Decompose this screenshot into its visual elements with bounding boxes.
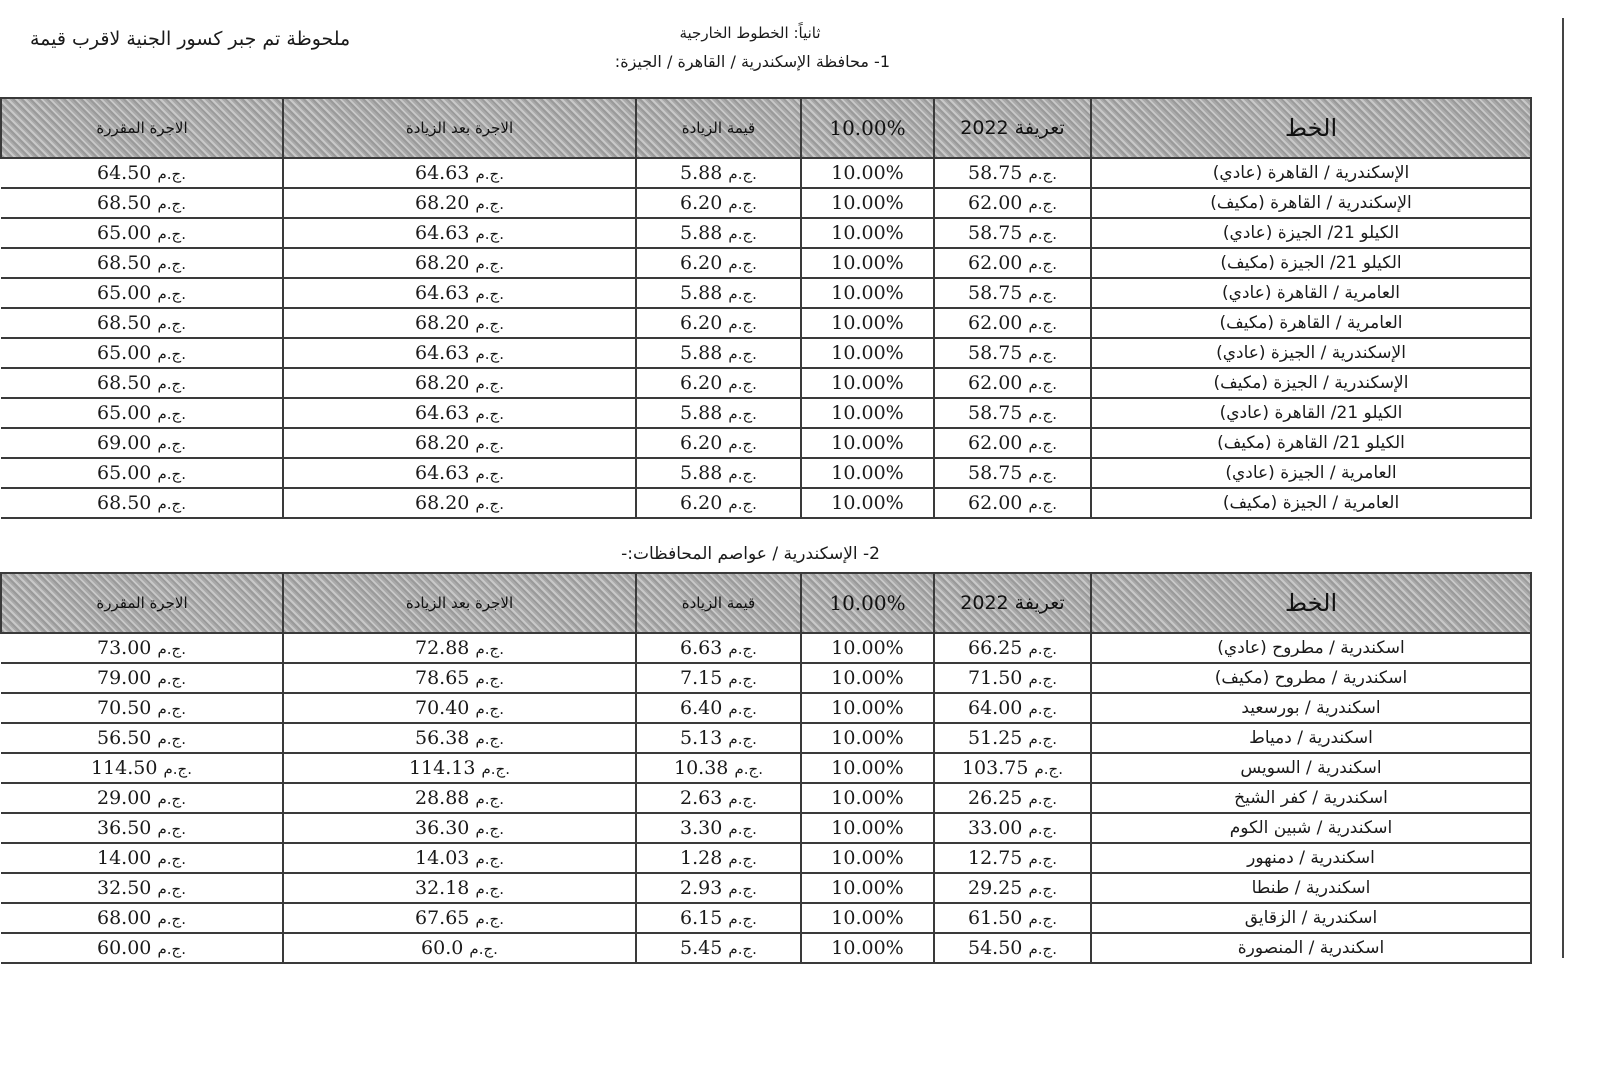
- fixed-fare-cell: 68.50 ج.م.: [1, 248, 283, 278]
- fare-after-cell: 28.88 ج.م.: [283, 783, 636, 813]
- col-route: الخط: [1091, 98, 1531, 158]
- currency-label: ج.م.: [728, 375, 757, 393]
- currency-label: ج.م.: [1028, 495, 1057, 513]
- increase-cell-value: 6.20: [680, 492, 722, 514]
- fixed-fare-cell: 68.50 ج.م.: [1, 308, 283, 338]
- fixed-fare-cell-value: 64.50: [97, 162, 151, 184]
- col-fare-after: الاجرة بعد الزيادة: [283, 573, 636, 633]
- table-row: 64.50 ج.م.64.63 ج.م.5.88 ج.م.10.00%58.75…: [1, 158, 1531, 188]
- currency-label: ج.م.: [164, 760, 193, 778]
- route-cell-value: العامرية / القاهرة (عادي): [1222, 283, 1400, 303]
- fixed-fare-cell-value: 29.00: [97, 787, 151, 809]
- pct-cell-value: 10.00%: [831, 727, 903, 749]
- fixed-fare-cell-value: 65.00: [97, 462, 151, 484]
- currency-label: ج.م.: [475, 165, 504, 183]
- pct-cell-value: 10.00%: [831, 847, 903, 869]
- pct-cell: 10.00%: [801, 368, 934, 398]
- currency-label: ج.م.: [1028, 405, 1057, 423]
- table-row: 70.50 ج.م.70.40 ج.م.6.40 ج.م.10.00%64.00…: [1, 693, 1531, 723]
- fixed-fare-cell: 60.00 ج.م.: [1, 933, 283, 963]
- fixed-fare-cell-value: 65.00: [97, 402, 151, 424]
- fare-after-cell-value: 64.63: [415, 462, 469, 484]
- increase-cell-value: 5.88: [680, 342, 722, 364]
- pct-cell-value: 10.00%: [831, 462, 903, 484]
- fixed-fare-cell: 29.00 ج.م.: [1, 783, 283, 813]
- fixed-fare-cell: 73.00 ج.م.: [1, 633, 283, 663]
- increase-cell-value: 6.20: [680, 432, 722, 454]
- tariff-cell-value: 58.75: [968, 282, 1022, 304]
- currency-label: ج.م.: [728, 910, 757, 928]
- pct-cell: 10.00%: [801, 248, 934, 278]
- fixed-fare-cell: 79.00 ج.م.: [1, 663, 283, 693]
- tariff-cell: 61.50 ج.م.: [934, 903, 1091, 933]
- fare-after-cell-value: 64.63: [415, 162, 469, 184]
- tariff-cell: 66.25 ج.م.: [934, 633, 1091, 663]
- fixed-fare-cell: 114.50 ج.م.: [1, 753, 283, 783]
- fixed-fare-cell-value: 70.50: [97, 697, 151, 719]
- fixed-fare-cell-value: 68.50: [97, 312, 151, 334]
- route-cell: العامرية / الجيزة (مكيف): [1091, 488, 1531, 518]
- increase-cell: 6.20 ج.م.: [636, 188, 801, 218]
- increase-cell-value: 6.40: [680, 697, 722, 719]
- currency-label: ج.م.: [728, 405, 757, 423]
- pct-cell-value: 10.00%: [831, 492, 903, 514]
- fare-after-cell: 68.20 ج.م.: [283, 368, 636, 398]
- route-cell: اسكندرية / مطروح (مكيف): [1091, 663, 1531, 693]
- route-cell-value: الكيلو 21/ القاهرة (عادي): [1220, 403, 1403, 423]
- fare-after-cell-value: 78.65: [415, 667, 469, 689]
- route-cell-value: اسكندرية / كفر الشيخ: [1234, 788, 1388, 808]
- currency-label: ج.م.: [157, 375, 186, 393]
- currency-label: ج.م.: [728, 165, 757, 183]
- tariff-cell: 62.00 ج.م.: [934, 308, 1091, 338]
- currency-label: ج.م.: [157, 285, 186, 303]
- pct-cell: 10.00%: [801, 723, 934, 753]
- col-increase: قيمة الزيادة: [636, 573, 801, 633]
- tariff-cell-value: 26.25: [968, 787, 1022, 809]
- currency-label: ج.م.: [157, 730, 186, 748]
- increase-cell-value: 6.20: [680, 312, 722, 334]
- pct-cell-value: 10.00%: [831, 372, 903, 394]
- increase-cell-value: 2.63: [680, 787, 722, 809]
- increase-cell: 6.40 ج.م.: [636, 693, 801, 723]
- pct-cell-value: 10.00%: [831, 342, 903, 364]
- tariff-cell-value: 58.75: [968, 402, 1022, 424]
- fare-after-cell-value: 36.30: [415, 817, 469, 839]
- currency-label: ج.م.: [728, 285, 757, 303]
- currency-label: ج.م.: [157, 165, 186, 183]
- currency-label: ج.م.: [475, 285, 504, 303]
- increase-cell-value: 7.15: [680, 667, 722, 689]
- route-cell-value: الكيلو 21/ الجيزة (عادي): [1223, 223, 1399, 243]
- route-cell: اسكندرية / شبين الكوم: [1091, 813, 1531, 843]
- currency-label: ج.م.: [728, 465, 757, 483]
- pct-cell: 10.00%: [801, 873, 934, 903]
- currency-label: ج.م.: [1028, 790, 1057, 808]
- tariff-cell-value: 103.75: [962, 757, 1028, 779]
- fixed-fare-cell: 70.50 ج.م.: [1, 693, 283, 723]
- tariff-cell-value: 54.50: [968, 937, 1022, 959]
- fixed-fare-cell: 65.00 ج.م.: [1, 278, 283, 308]
- currency-label: ج.م.: [157, 700, 186, 718]
- pct-cell-value: 10.00%: [831, 282, 903, 304]
- pct-cell-value: 10.00%: [831, 937, 903, 959]
- route-cell: الإسكندرية / القاهرة (مكيف): [1091, 188, 1531, 218]
- fare-after-cell: 68.20 ج.م.: [283, 428, 636, 458]
- fixed-fare-cell: 68.50 ج.م.: [1, 368, 283, 398]
- increase-cell-value: 1.28: [680, 847, 722, 869]
- increase-cell-value: 5.45: [680, 937, 722, 959]
- page-border: [1562, 18, 1564, 958]
- table-row: 56.50 ج.م.56.38 ج.م.5.13 ج.م.10.00%51.25…: [1, 723, 1531, 753]
- col-fare-after: الاجرة بعد الزيادة: [283, 98, 636, 158]
- fixed-fare-cell: 68.50 ج.م.: [1, 188, 283, 218]
- currency-label: ج.م.: [475, 465, 504, 483]
- pct-cell-value: 10.00%: [831, 787, 903, 809]
- pct-cell: 10.00%: [801, 783, 934, 813]
- currency-label: ج.م.: [157, 790, 186, 808]
- increase-cell: 5.88 ج.م.: [636, 338, 801, 368]
- fare-after-cell: 70.40 ج.م.: [283, 693, 636, 723]
- increase-cell-value: 5.88: [680, 462, 722, 484]
- route-cell: الإسكندرية / الجيزة (مكيف): [1091, 368, 1531, 398]
- fare-after-cell: 68.20 ج.م.: [283, 308, 636, 338]
- currency-label: ج.م.: [728, 255, 757, 273]
- pct-cell-value: 10.00%: [831, 252, 903, 274]
- currency-label: ج.م.: [157, 255, 186, 273]
- route-cell-value: الإسكندرية / الجيزة (عادي): [1216, 343, 1406, 363]
- currency-label: ج.م.: [728, 940, 757, 958]
- table-header: الاجرة المقررة الاجرة بعد الزيادة قيمة ا…: [1, 573, 1531, 633]
- currency-label: ج.م.: [157, 435, 186, 453]
- table-row: 32.50 ج.م.32.18 ج.م.2.93 ج.م.10.00%29.25…: [1, 873, 1531, 903]
- pct-cell-value: 10.00%: [831, 907, 903, 929]
- tariff-cell: 58.75 ج.م.: [934, 158, 1091, 188]
- rounding-note: ملحوظة تم جبر كسور الجنية لاقرب قيمة: [30, 28, 350, 50]
- pct-cell-value: 10.00%: [831, 432, 903, 454]
- increase-cell: 6.20 ج.م.: [636, 428, 801, 458]
- fare-after-cell-value: 60.0: [421, 937, 463, 959]
- table-row: 79.00 ج.م.78.65 ج.م.7.15 ج.م.10.00%71.50…: [1, 663, 1531, 693]
- col-route: الخط: [1091, 573, 1531, 633]
- currency-label: ج.م.: [157, 880, 186, 898]
- fare-after-cell: 64.63 ج.م.: [283, 278, 636, 308]
- currency-label: ج.م.: [1028, 285, 1057, 303]
- currency-label: ج.م.: [475, 345, 504, 363]
- tariff-cell: 58.75 ج.م.: [934, 278, 1091, 308]
- route-cell: الكيلو 21/ الجيزة (عادي): [1091, 218, 1531, 248]
- currency-label: ج.م.: [1035, 760, 1064, 778]
- route-cell: اسكندرية / مطروح (عادي): [1091, 633, 1531, 663]
- fixed-fare-cell-value: 56.50: [97, 727, 151, 749]
- fixed-fare-cell: 56.50 ج.م.: [1, 723, 283, 753]
- heading-external-lines: ثانياً: الخطوط الخارجية: [600, 24, 900, 42]
- route-cell-value: اسكندرية / طنطا: [1252, 878, 1371, 898]
- pct-cell-value: 10.00%: [831, 877, 903, 899]
- fare-after-cell-value: 64.63: [415, 282, 469, 304]
- pct-cell: 10.00%: [801, 488, 934, 518]
- currency-label: ج.م.: [157, 820, 186, 838]
- increase-cell: 5.45 ج.م.: [636, 933, 801, 963]
- currency-label: ج.م.: [1028, 225, 1057, 243]
- route-cell-value: اسكندرية / دمياط: [1249, 728, 1373, 748]
- fare-table-1: الاجرة المقررة الاجرة بعد الزيادة قيمة ا…: [0, 97, 1532, 519]
- currency-label: ج.م.: [157, 195, 186, 213]
- route-cell-value: اسكندرية / مطروح (مكيف): [1215, 668, 1408, 688]
- fixed-fare-cell-value: 65.00: [97, 342, 151, 364]
- currency-label: ج.م.: [475, 195, 504, 213]
- fare-after-cell: 14.03 ج.م.: [283, 843, 636, 873]
- pct-cell-value: 10.00%: [831, 637, 903, 659]
- currency-label: ج.م.: [1028, 850, 1057, 868]
- pct-cell: 10.00%: [801, 753, 934, 783]
- currency-label: ج.م.: [728, 345, 757, 363]
- currency-label: ج.م.: [1028, 195, 1057, 213]
- currency-label: ج.م.: [728, 225, 757, 243]
- fare-after-cell-value: 56.38: [415, 727, 469, 749]
- currency-label: ج.م.: [475, 910, 504, 928]
- increase-cell-value: 6.20: [680, 252, 722, 274]
- route-cell: اسكندرية / كفر الشيخ: [1091, 783, 1531, 813]
- fixed-fare-cell-value: 68.50: [97, 192, 151, 214]
- increase-cell: 1.28 ج.م.: [636, 843, 801, 873]
- increase-cell-value: 10.38: [674, 757, 728, 779]
- tariff-cell-value: 29.25: [968, 877, 1022, 899]
- fare-after-cell-value: 114.13: [409, 757, 475, 779]
- tariff-cell-value: 62.00: [968, 252, 1022, 274]
- tariff-cell-value: 12.75: [968, 847, 1022, 869]
- currency-label: ج.م.: [728, 880, 757, 898]
- fare-after-cell: 68.20 ج.م.: [283, 488, 636, 518]
- fixed-fare-cell-value: 32.50: [97, 877, 151, 899]
- pct-cell: 10.00%: [801, 903, 934, 933]
- table-row: 68.50 ج.م.68.20 ج.م.6.20 ج.م.10.00%62.00…: [1, 188, 1531, 218]
- table-row: 14.00 ج.م.14.03 ج.م.1.28 ج.م.10.00%12.75…: [1, 843, 1531, 873]
- table-header: الاجرة المقررة الاجرة بعد الزيادة قيمة ا…: [1, 98, 1531, 158]
- currency-label: ج.م.: [475, 315, 504, 333]
- route-cell-value: اسكندرية / شبين الكوم: [1230, 818, 1392, 838]
- tariff-cell: 29.25 ج.م.: [934, 873, 1091, 903]
- currency-label: ج.م.: [1028, 940, 1057, 958]
- currency-label: ج.م.: [728, 640, 757, 658]
- currency-label: ج.م.: [475, 700, 504, 718]
- route-cell-value: الكيلو 21/ الجيزة (مكيف): [1220, 253, 1401, 273]
- pct-cell-value: 10.00%: [831, 192, 903, 214]
- table-row: 114.50 ج.م.114.13 ج.م.10.38 ج.م.10.00%10…: [1, 753, 1531, 783]
- currency-label: ج.م.: [728, 850, 757, 868]
- route-cell: اسكندرية / طنطا: [1091, 873, 1531, 903]
- increase-cell: 2.63 ج.م.: [636, 783, 801, 813]
- tariff-cell: 62.00 ج.م.: [934, 368, 1091, 398]
- fixed-fare-cell: 68.50 ج.م.: [1, 488, 283, 518]
- tariff-cell-value: 66.25: [968, 637, 1022, 659]
- pct-cell: 10.00%: [801, 278, 934, 308]
- increase-cell-value: 6.15: [680, 907, 722, 929]
- table-row: 68.50 ج.م.68.20 ج.م.6.20 ج.م.10.00%62.00…: [1, 308, 1531, 338]
- fixed-fare-cell-value: 68.50: [97, 372, 151, 394]
- fare-after-cell-value: 64.63: [415, 342, 469, 364]
- fixed-fare-cell-value: 14.00: [97, 847, 151, 869]
- tariff-cell: 58.75 ج.م.: [934, 338, 1091, 368]
- table-row: 65.00 ج.م.64.63 ج.م.5.88 ج.م.10.00%58.75…: [1, 338, 1531, 368]
- increase-cell: 5.88 ج.م.: [636, 218, 801, 248]
- currency-label: ج.م.: [157, 405, 186, 423]
- tariff-cell: 54.50 ج.م.: [934, 933, 1091, 963]
- currency-label: ج.م.: [475, 375, 504, 393]
- col-pct: 10.00%: [801, 573, 934, 633]
- fare-after-cell: 32.18 ج.م.: [283, 873, 636, 903]
- fixed-fare-cell: 14.00 ج.م.: [1, 843, 283, 873]
- tariff-cell: 51.25 ج.م.: [934, 723, 1091, 753]
- pct-cell: 10.00%: [801, 158, 934, 188]
- tariff-cell-value: 33.00: [968, 817, 1022, 839]
- fare-table-2: الاجرة المقررة الاجرة بعد الزيادة قيمة ا…: [0, 572, 1532, 964]
- fare-after-cell: 64.63 ج.م.: [283, 338, 636, 368]
- col-tariff: تعريفة 2022: [934, 573, 1091, 633]
- currency-label: ج.م.: [475, 730, 504, 748]
- increase-cell: 6.15 ج.م.: [636, 903, 801, 933]
- currency-label: ج.م.: [157, 225, 186, 243]
- tariff-cell-value: 58.75: [968, 162, 1022, 184]
- currency-label: ج.م.: [1028, 880, 1057, 898]
- increase-cell: 3.30 ج.م.: [636, 813, 801, 843]
- fare-after-cell-value: 68.20: [415, 312, 469, 334]
- fare-after-cell-value: 28.88: [415, 787, 469, 809]
- increase-cell-value: 2.93: [680, 877, 722, 899]
- currency-label: ج.م.: [1028, 640, 1057, 658]
- table-row: 65.00 ج.م.64.63 ج.م.5.88 ج.م.10.00%58.75…: [1, 278, 1531, 308]
- tariff-cell: 64.00 ج.م.: [934, 693, 1091, 723]
- pct-cell-value: 10.00%: [831, 222, 903, 244]
- tariff-cell: 103.75 ج.م.: [934, 753, 1091, 783]
- currency-label: ج.م.: [157, 850, 186, 868]
- increase-cell: 6.20 ج.م.: [636, 488, 801, 518]
- fare-after-cell-value: 70.40: [415, 697, 469, 719]
- route-cell: اسكندرية / السويس: [1091, 753, 1531, 783]
- tariff-cell: 58.75 ج.م.: [934, 458, 1091, 488]
- fare-after-cell-value: 72.88: [415, 637, 469, 659]
- increase-cell-value: 5.88: [680, 162, 722, 184]
- table-row: 69.00 ج.م.68.20 ج.م.6.20 ج.م.10.00%62.00…: [1, 428, 1531, 458]
- tariff-cell: 33.00 ج.م.: [934, 813, 1091, 843]
- route-cell-value: الكيلو 21/ القاهرة (مكيف): [1217, 433, 1405, 453]
- tariff-cell: 26.25 ج.م.: [934, 783, 1091, 813]
- increase-cell: 5.13 ج.م.: [636, 723, 801, 753]
- table-row: 68.50 ج.م.68.20 ج.م.6.20 ج.م.10.00%62.00…: [1, 248, 1531, 278]
- fare-after-cell-value: 68.20: [415, 492, 469, 514]
- fare-after-cell: 67.65 ج.م.: [283, 903, 636, 933]
- currency-label: ج.م.: [469, 940, 498, 958]
- tariff-cell-value: 58.75: [968, 342, 1022, 364]
- pct-cell: 10.00%: [801, 338, 934, 368]
- col-tariff: تعريفة 2022: [934, 98, 1091, 158]
- tariff-cell-value: 71.50: [968, 667, 1022, 689]
- pct-cell: 10.00%: [801, 813, 934, 843]
- currency-label: ج.م.: [1028, 820, 1057, 838]
- increase-cell: 7.15 ج.م.: [636, 663, 801, 693]
- fare-after-cell: 68.20 ج.م.: [283, 188, 636, 218]
- fare-after-cell: 56.38 ج.م.: [283, 723, 636, 753]
- tariff-cell: 62.00 ج.م.: [934, 488, 1091, 518]
- currency-label: ج.م.: [728, 790, 757, 808]
- tariff-cell-value: 61.50: [968, 907, 1022, 929]
- route-cell: العامرية / القاهرة (عادي): [1091, 278, 1531, 308]
- fixed-fare-cell: 65.00 ج.م.: [1, 458, 283, 488]
- table-row: 65.00 ج.م.64.63 ج.م.5.88 ج.م.10.00%58.75…: [1, 398, 1531, 428]
- tariff-cell: 58.75 ج.م.: [934, 218, 1091, 248]
- fixed-fare-cell: 65.00 ج.م.: [1, 218, 283, 248]
- pct-cell: 10.00%: [801, 398, 934, 428]
- route-cell-value: اسكندرية / مطروح (عادي): [1217, 638, 1404, 658]
- currency-label: ج.م.: [475, 225, 504, 243]
- increase-cell-value: 5.88: [680, 282, 722, 304]
- currency-label: ج.م.: [157, 640, 186, 658]
- fare-after-cell-value: 68.20: [415, 192, 469, 214]
- route-cell-value: الإسكندرية / القاهرة (عادي): [1213, 163, 1410, 183]
- fare-after-cell-value: 64.63: [415, 402, 469, 424]
- tariff-cell: 58.75 ج.م.: [934, 398, 1091, 428]
- table-row: 36.50 ج.م.36.30 ج.م.3.30 ج.م.10.00%33.00…: [1, 813, 1531, 843]
- tariff-cell-value: 62.00: [968, 312, 1022, 334]
- route-cell: اسكندرية / الزقايق: [1091, 903, 1531, 933]
- increase-cell: 6.20 ج.م.: [636, 308, 801, 338]
- currency-label: ج.م.: [728, 315, 757, 333]
- increase-cell: 5.88 ج.م.: [636, 158, 801, 188]
- currency-label: ج.م.: [475, 820, 504, 838]
- fare-after-cell-value: 64.63: [415, 222, 469, 244]
- fixed-fare-cell: 65.00 ج.م.: [1, 398, 283, 428]
- fare-after-cell: 114.13 ج.م.: [283, 753, 636, 783]
- pct-cell: 10.00%: [801, 633, 934, 663]
- tariff-cell-value: 58.75: [968, 462, 1022, 484]
- currency-label: ج.م.: [475, 640, 504, 658]
- fixed-fare-cell-value: 65.00: [97, 222, 151, 244]
- route-cell-value: الإسكندرية / الجيزة (مكيف): [1214, 373, 1409, 393]
- route-cell: الإسكندرية / الجيزة (عادي): [1091, 338, 1531, 368]
- fare-after-cell: 64.63 ج.م.: [283, 158, 636, 188]
- currency-label: ج.م.: [475, 670, 504, 688]
- fare-after-cell: 72.88 ج.م.: [283, 633, 636, 663]
- pct-cell-value: 10.00%: [831, 667, 903, 689]
- fixed-fare-cell-value: 65.00: [97, 282, 151, 304]
- pct-cell: 10.00%: [801, 428, 934, 458]
- currency-label: ج.م.: [734, 760, 763, 778]
- currency-label: ج.م.: [728, 670, 757, 688]
- increase-cell-value: 6.63: [680, 637, 722, 659]
- fixed-fare-cell: 69.00 ج.م.: [1, 428, 283, 458]
- route-cell-value: العامرية / القاهرة (مكيف): [1220, 313, 1403, 333]
- fixed-fare-cell: 36.50 ج.م.: [1, 813, 283, 843]
- increase-cell: 10.38 ج.م.: [636, 753, 801, 783]
- tariff-cell: 71.50 ج.م.: [934, 663, 1091, 693]
- pct-cell-value: 10.00%: [831, 312, 903, 334]
- currency-label: ج.م.: [157, 465, 186, 483]
- route-cell-value: اسكندرية / دمنهور: [1247, 848, 1375, 868]
- fixed-fare-cell-value: 68.50: [97, 252, 151, 274]
- table-row: 29.00 ج.م.28.88 ج.م.2.63 ج.م.10.00%26.25…: [1, 783, 1531, 813]
- fare-after-cell-value: 67.65: [415, 907, 469, 929]
- currency-label: ج.م.: [475, 255, 504, 273]
- fixed-fare-cell-value: 60.00: [97, 937, 151, 959]
- fixed-fare-cell-value: 69.00: [97, 432, 151, 454]
- fare-after-cell-value: 14.03: [415, 847, 469, 869]
- currency-label: ج.م.: [475, 405, 504, 423]
- currency-label: ج.م.: [482, 760, 511, 778]
- increase-cell: 5.88 ج.م.: [636, 458, 801, 488]
- tariff-cell: 12.75 ج.م.: [934, 843, 1091, 873]
- route-cell-value: اسكندرية / الزقايق: [1245, 908, 1378, 928]
- table-row: 65.00 ج.م.64.63 ج.م.5.88 ج.م.10.00%58.75…: [1, 218, 1531, 248]
